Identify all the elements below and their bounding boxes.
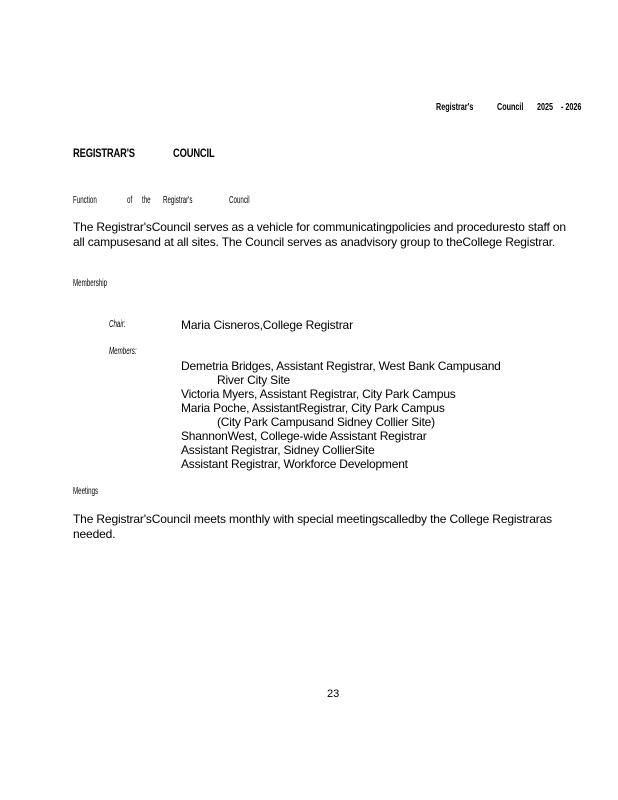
members-list: Demetria Bridges, Assistant Registrar, W… [181, 359, 501, 471]
meetings-paragraph-line: needed. [73, 527, 552, 542]
membership-heading: Membership [73, 278, 107, 289]
chair-label: Chair: [109, 319, 126, 330]
member-line: River City Site [181, 373, 501, 387]
function-heading-word: Registrar's [163, 195, 192, 206]
meetings-paragraph-line: The Registrar'sCouncil meets monthly wit… [73, 512, 552, 527]
function-paragraph-line: The Registrar'sCouncil serves as a vehic… [73, 220, 566, 235]
member-line: Demetria Bridges, Assistant Registrar, W… [181, 359, 501, 373]
function-paragraph-line: all campusesand at all sites. The Counci… [73, 235, 566, 250]
meetings-paragraph: The Registrar'sCouncil meets monthly wit… [73, 512, 552, 541]
page-title-council: COUNCIL [173, 146, 215, 160]
header-title-council: Council [497, 102, 523, 113]
member-line: Maria Poche, AssistantRegistrar, City Pa… [181, 401, 501, 415]
function-heading-word: the [142, 195, 151, 206]
member-line: ShannonWest, College-wide Assistant Regi… [181, 429, 501, 443]
meetings-heading: Meetings [73, 486, 98, 497]
members-label: Members: [109, 346, 137, 357]
page-title-registrars: REGISTRAR'S [73, 146, 135, 160]
member-line: Assistant Registrar, Sidney CollierSite [181, 443, 501, 457]
page-number: 23 [327, 688, 339, 700]
header-year-end: - 2026 [561, 102, 581, 113]
function-heading-word: of [127, 195, 132, 206]
function-paragraph: The Registrar'sCouncil serves as a vehic… [73, 220, 566, 249]
function-heading-word: Function [73, 195, 97, 206]
member-line: (City Park Campusand Sidney Collier Site… [181, 415, 501, 429]
member-line: Assistant Registrar, Workforce Developme… [181, 457, 501, 471]
member-line: Victoria Myers, Assistant Registrar, Cit… [181, 387, 501, 401]
chair-value: Maria Cisneros,College Registrar [181, 318, 353, 333]
header-year-start: 2025 [537, 102, 553, 113]
header-title-registrars: Registrar's [436, 102, 473, 113]
function-heading-word: Council [229, 195, 250, 206]
